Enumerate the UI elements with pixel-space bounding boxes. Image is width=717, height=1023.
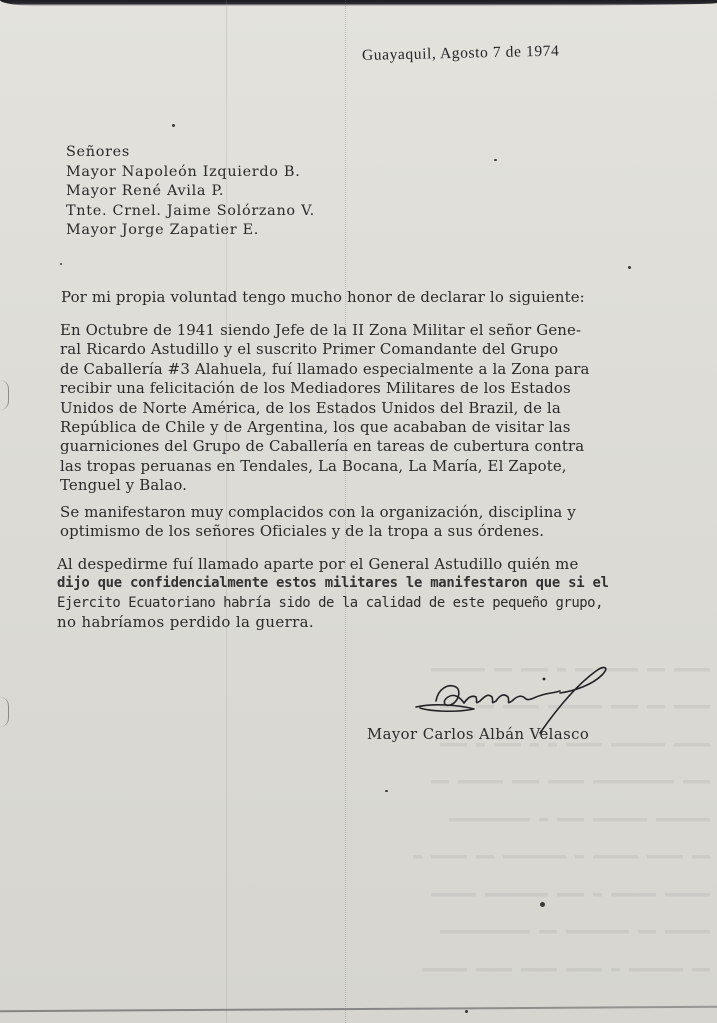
- speck: [172, 124, 175, 127]
- text-line: Se manifestaron muy complacidos con la o…: [60, 503, 576, 522]
- addressee: Mayor Jorge Zapatier E.: [66, 221, 315, 241]
- bleed-through: ▬▬▬▬▬ ▬▬ ▬▬▬▬▬▬▬ ▬▬ ▬▬▬▬▬▬▬▬▬▬: [150, 922, 710, 939]
- text-line: República de Chile y de Argentina, los q…: [60, 418, 590, 437]
- addressee-block: Señores Mayor Napoleón Izquierdo B. Mayo…: [65, 143, 315, 241]
- addressee: Mayor René Avila P.: [66, 182, 315, 202]
- bleed-through: ▬▬ ▬▬▬▬▬▬ ▬ ▬▬▬▬ ▬▬▬▬ ▬▬▬▬ ▬▬▬▬▬: [150, 960, 710, 977]
- bleed-through: ▬▬▬▬▬ ▬▬▬▬▬ ▬ ▬▬▬ ▬▬▬▬▬▬▬ ▬▬▬▬▬: [150, 885, 710, 902]
- speck: [494, 159, 497, 161]
- paragraph-1: En Octubre de 1941 siendo Jefe de la II …: [60, 321, 590, 496]
- photo-top-edge: [0, 0, 717, 6]
- text-line: En Octubre de 1941 siendo Jefe de la II …: [60, 321, 590, 340]
- text-line: no habríamos perdido la guerra.: [57, 613, 609, 632]
- text-line: ral Ricardo Astudillo y el suscrito Prim…: [60, 340, 590, 359]
- speck: [465, 1010, 468, 1013]
- speck: [628, 266, 631, 269]
- text-line: las tropas peruanas en Tendales, La Boca…: [60, 457, 590, 476]
- bottom-crease: [0, 1006, 717, 1012]
- bleed-through: ▬▬ ▬▬▬▬ ▬▬▬▬▬ ▬ ▬▬▬▬▬▬▬ ▬▬ ▬▬▬▬ ▬: [150, 847, 710, 864]
- speck: [385, 790, 388, 792]
- salutation: Señores: [66, 143, 315, 163]
- bleed-through: ▬▬▬ ▬▬▬▬▬▬▬▬▬ ▬▬▬▬ ▬▬▬ ▬▬▬▬▬ ▬▬: [150, 772, 710, 789]
- date-line: Guayaquil, Agosto 7 de 1974: [362, 43, 560, 65]
- text-line: Unidos de Norte América, de los Estados …: [60, 399, 590, 418]
- edge-mark: [0, 380, 9, 410]
- intro-line: Por mi propia voluntad tengo mucho honor…: [61, 288, 585, 306]
- edge-mark: [0, 697, 9, 727]
- text-line: Ejercito Ecuatoriano habría sido de la c…: [57, 594, 609, 613]
- text-line: dijo que confidencialmente estos militar…: [57, 574, 609, 593]
- speck: [540, 902, 545, 907]
- text-line: de Caballería #3 Alahuela, fuí llamado e…: [60, 360, 590, 379]
- text-line: Al despedirme fuí llamado aparte por el …: [57, 555, 609, 574]
- text-line: optimismo de los señores Oficiales y de …: [60, 522, 576, 541]
- text-line: recibir una felicitación de los Mediador…: [60, 379, 590, 398]
- addressee: Mayor Napoleón Izquierdo B.: [66, 163, 315, 183]
- bleed-through: ▬▬▬▬▬▬ ▬▬▬▬▬▬ ▬▬▬ ▬ ▬▬▬▬▬▬▬▬▬: [150, 810, 710, 827]
- text-line: guarniciones del Grupo de Caballería en …: [60, 437, 590, 456]
- paragraph-3: Al despedirme fuí llamado aparte por el …: [57, 555, 609, 633]
- paragraph-2: Se manifestaron muy complacidos con la o…: [60, 503, 576, 542]
- addressee: Tnte. Crnel. Jaime Solórzano V.: [66, 202, 315, 222]
- letter-page: ▬▬▬▬ ▬▬ ▬▬▬▬ ▬▬ ▬ ▬▬▬ ▬▬ ▬▬▬▬▬▬ ▬▬▬▬ ▬▬ …: [0, 0, 717, 1023]
- speck: [60, 263, 62, 265]
- text-line: Tenguel y Balao.: [60, 476, 590, 495]
- signer-name: Mayor Carlos Albán Velasco: [367, 726, 589, 743]
